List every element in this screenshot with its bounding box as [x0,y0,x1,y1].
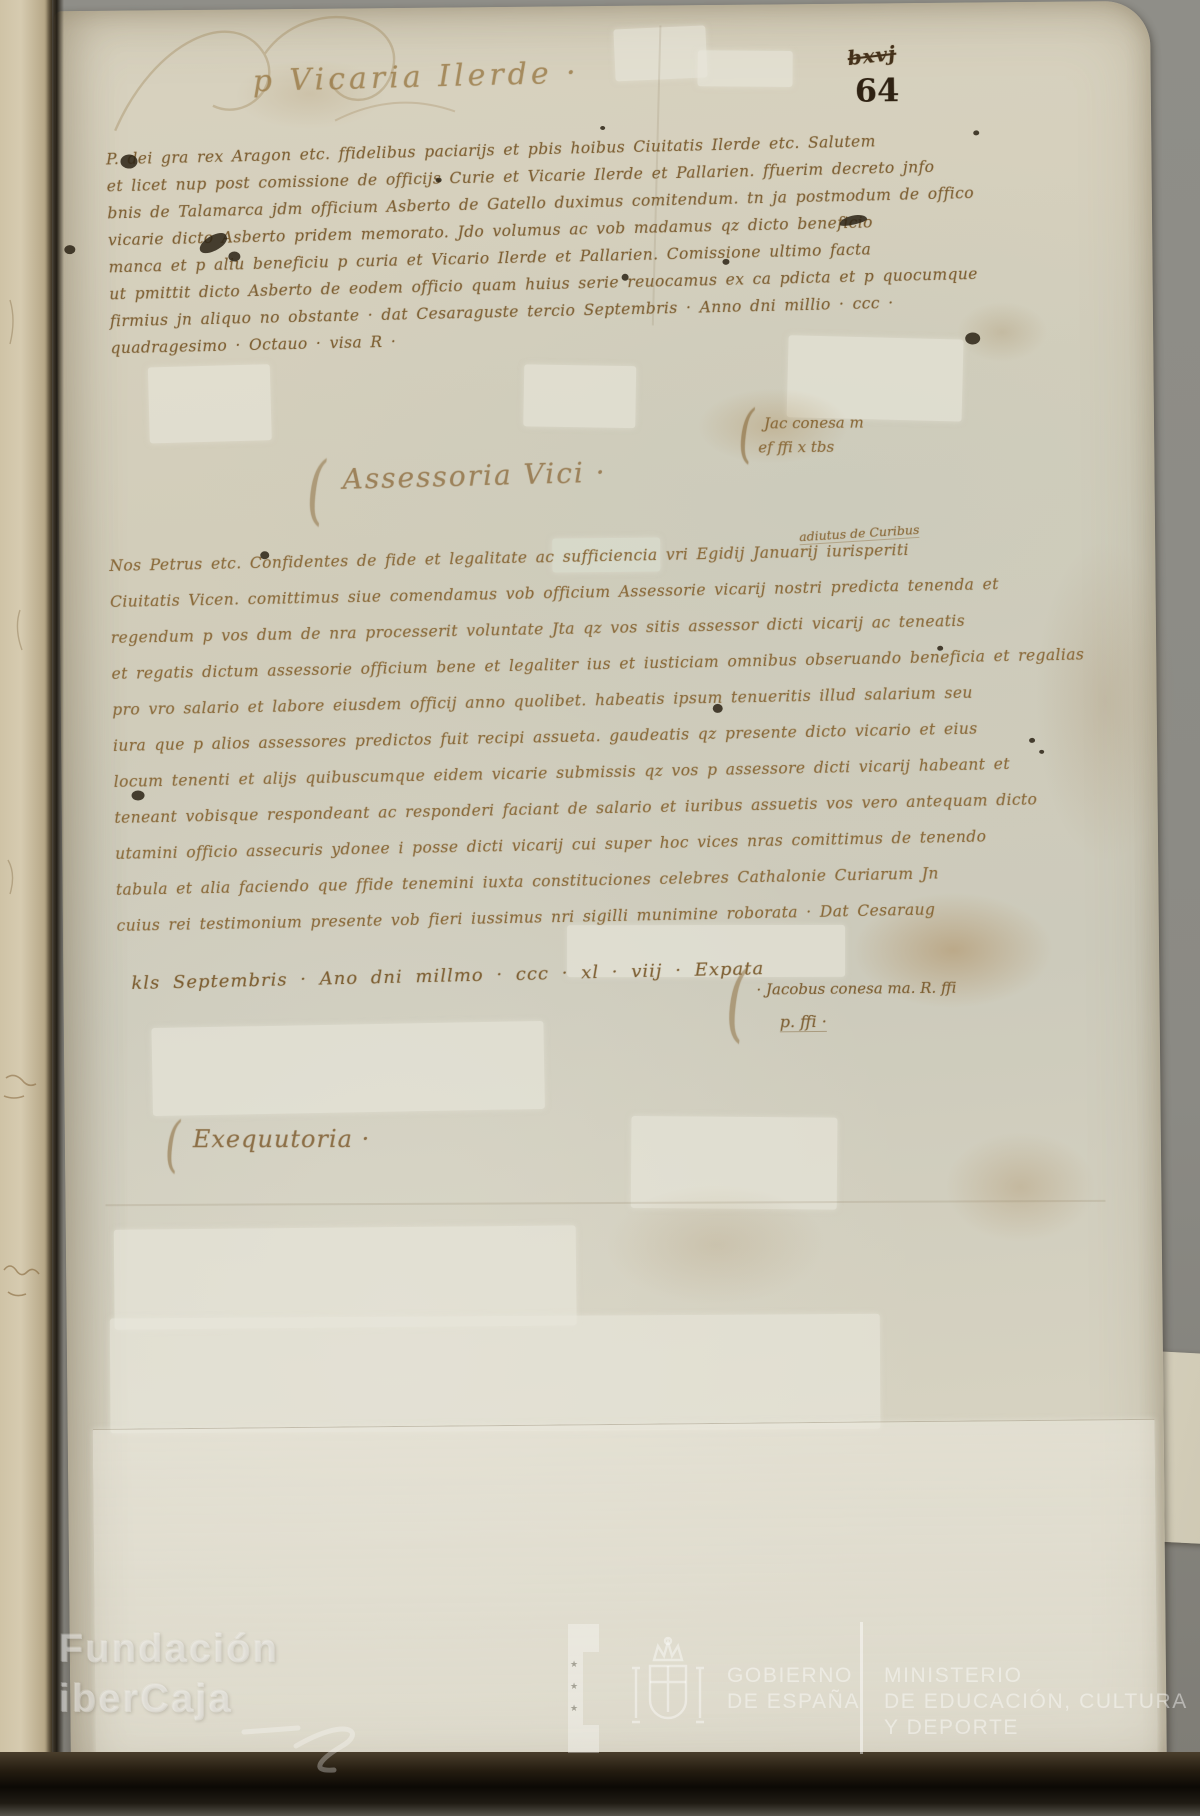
repair-patch [110,1314,881,1434]
heading-assessoria: Assessoria Vici · [342,456,607,496]
gobierno-banner-cap-bottom [583,1725,599,1753]
gobierno-line2: DE ESPAÑA [727,1690,860,1714]
gobierno-banner-cap-top [583,1624,599,1652]
signature-line2: p. ffi · [780,1012,827,1032]
ministerio-line1: MINISTERIO [884,1664,1023,1688]
heading-flourish: ( [306,446,326,533]
ink-blot [228,251,240,261]
ink-blot [937,646,943,651]
facing-page-ink-traces [0,0,52,1816]
registration-note-line2: ef ffi x tbs [758,438,834,457]
ink-blot [713,704,723,713]
document-1: P. dei gra rex Aragon etc. ffidelibus pa… [106,131,921,366]
ink-blot [1039,750,1044,754]
ink-blot [600,126,605,130]
gobierno-line1: GOBIERNO [727,1664,853,1688]
document-2-date-line: kls Septembris · Ano dni millmo · ccc · … [131,958,764,994]
ink-blot [64,245,75,254]
facing-page-edge [0,0,52,1816]
registration-note-line1: Jac conesa m [764,414,864,433]
ink-blot [722,259,729,265]
ibercaja-flourish-icon [238,1688,368,1778]
registration-brace: ( [738,396,755,470]
repair-patch [148,364,272,443]
section-exequutoria: Exequutoria · [193,1125,370,1153]
folio-number: 64 [855,71,900,109]
book-bottom-edge [0,1752,1200,1816]
repair-patch [523,364,636,428]
ink-blot [1029,738,1035,743]
ministerio-line2: DE EDUCACIÓN, CULTURA [884,1690,1188,1714]
repair-patch [114,1225,577,1329]
spain-coat-of-arms-icon [618,1634,718,1744]
gobierno-divider [860,1622,863,1754]
binding-gutter-shadow [46,0,64,1790]
parchment-page: bxvj 64 p Vicaria Ilerde · P. dei gra re… [54,1,1167,1779]
repair-patch [151,1021,545,1116]
ink-blot [260,551,269,559]
ink-blot [965,332,980,344]
manuscript-scan: bxvj 64 p Vicaria Ilerde · P. dei gra re… [0,0,1200,1816]
stain [1034,541,1177,862]
ink-blot [132,790,145,800]
ink-blot [436,178,442,183]
document-2: Nos Petrus etc. Confidentes de fide et l… [109,541,927,953]
fundacion-wordmark-line1: Fundación [58,1626,278,1671]
repair-patch [697,50,792,87]
star-icon: ★ [570,1682,578,1692]
ink-blot [622,274,629,281]
exequutoria-flourish: ( [165,1111,181,1180]
ministerio-line3: Y DEPORTE [884,1716,1019,1740]
star-icon: ★ [570,1704,578,1714]
signature-brace: ( [725,954,748,1052]
signature-line1: · Jacobus conesa ma. R. ffi [756,979,956,999]
star-icon: ★ [570,1660,578,1670]
ink-blot [973,130,979,135]
stain [945,1131,1096,1242]
fundacion-wordmark-line2: iberCaja [58,1676,232,1721]
ink-blot [120,154,137,168]
cancelled-archive-mark: bxvj [846,41,897,70]
